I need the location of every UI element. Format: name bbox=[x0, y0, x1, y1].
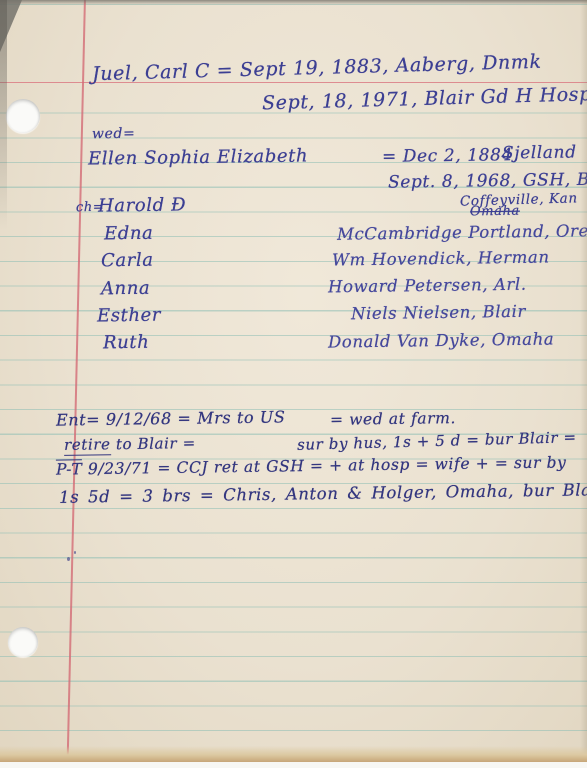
child-name: Carla bbox=[101, 250, 154, 272]
child-spouse: Wm Hovendick, Herman bbox=[332, 247, 550, 269]
burial-line: 1s 5d = 3 brs = Chris, Anton & Holger, O… bbox=[59, 480, 587, 507]
punch-hole-top bbox=[6, 99, 40, 133]
wife-death-line: Sept. 8, 1968, GSH, Blair bbox=[388, 169, 587, 192]
page-top-edge-shadow bbox=[0, 0, 587, 5]
punch-hole-bottom bbox=[8, 627, 38, 657]
wed-label: wed= bbox=[92, 126, 136, 143]
child-spouse: Howard Petersen, Arl. bbox=[328, 275, 527, 297]
child-name: Anna bbox=[101, 278, 151, 300]
page-right-edge-shadow bbox=[580, 0, 587, 768]
child-name: Esther bbox=[97, 305, 161, 327]
correction-struck-word: Omaha bbox=[470, 204, 520, 220]
obit2-line: P-T 9/23/71 = CCJ ret at GSH = + at hosp… bbox=[56, 453, 567, 478]
child-spouse: Niels Nielsen, Blair bbox=[351, 302, 526, 323]
retire-line: retire to Blair = bbox=[64, 434, 196, 454]
red-margin-line-vertical bbox=[66, 0, 85, 768]
child-spouse: McCambridge Portland, Ore bbox=[337, 221, 587, 244]
page-bottom-edge bbox=[0, 746, 587, 762]
ink-speck bbox=[67, 557, 70, 561]
ink-speck bbox=[74, 551, 76, 554]
obit-entry-line: Ent= 9/12/68 = Mrs to US bbox=[56, 407, 286, 429]
child-name: Ruth bbox=[103, 332, 150, 354]
title-line: Juel, Carl C = Sept 19, 1883, Aaberg, Dn… bbox=[92, 51, 542, 86]
survivors-line: sur by hus, 1s + 5 d = bur Blair = bbox=[297, 428, 577, 454]
scanner-background-strip bbox=[0, 762, 587, 768]
page-left-edge-shadow bbox=[0, 0, 7, 230]
wife-name: Ellen Sophia Elizabeth bbox=[88, 145, 308, 169]
obit-entry-note: = wed at farm. bbox=[330, 409, 456, 429]
retire-word-underlined: retire bbox=[64, 435, 111, 456]
retire-rest: to Blair = bbox=[110, 434, 196, 453]
red-margin-line-horizontal bbox=[0, 82, 587, 83]
wife-birth-date: = Dec 2, 1884, bbox=[382, 145, 519, 167]
child-spouse: Donald Van Dyke, Omaha bbox=[328, 329, 555, 351]
death-line: Sept, 18, 1971, Blair Gd H Hosp Blair bbox=[262, 82, 587, 115]
obit2-rest: 9/23/71 = CCJ ret at GSH = + at hosp = w… bbox=[82, 453, 566, 478]
wife-birthplace: Sjelland bbox=[502, 142, 577, 163]
scanned-page: Juel, Carl C = Sept 19, 1883, Aaberg, Dn… bbox=[0, 0, 587, 768]
child-name: Harold Ð bbox=[98, 194, 186, 216]
obit2-source-overlined: P-T bbox=[56, 459, 83, 478]
child-name: Edna bbox=[104, 223, 154, 245]
